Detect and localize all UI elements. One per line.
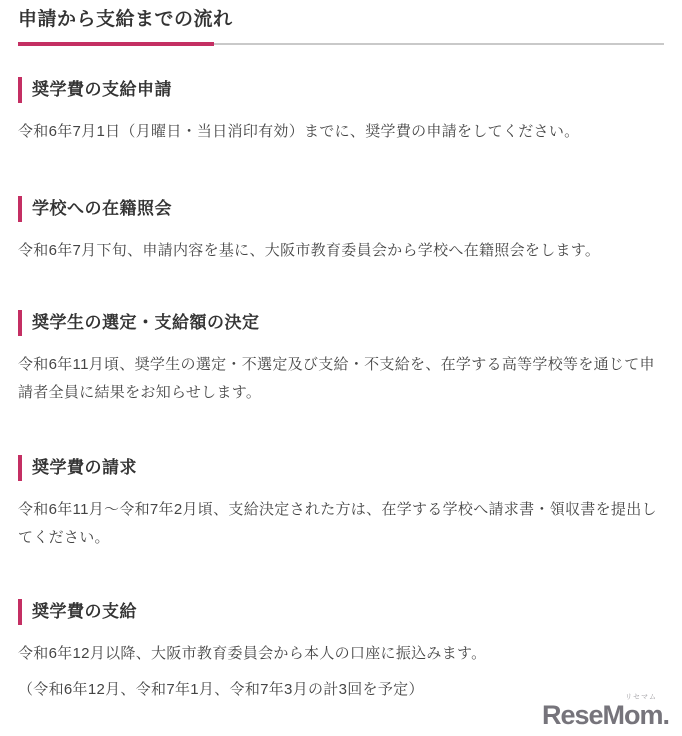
section-body: 令和6年11月頃、奨学生の選定・不選定及び支給・不支給を、在学する高等学校等を通…	[18, 351, 664, 407]
article-page: 申請から支給までの流れ 奨学費の支給申請 令和6年7月1日（月曜日・当日消印有効…	[0, 0, 682, 736]
page-title: 申請から支給までの流れ	[18, 8, 664, 31]
section-heading: 奨学費の支給	[18, 599, 664, 625]
title-underline-accent	[18, 42, 214, 46]
section-selection-decision: 奨学生の選定・支給額の決定 令和6年11月頃、奨学生の選定・不選定及び支給・不支…	[18, 310, 664, 407]
section-claim: 奨学費の請求 令和6年11月～令和7年2月頃、支給決定された方は、在学する学校へ…	[18, 455, 664, 552]
section-enrollment-inquiry: 学校への在籍照会 令和6年7月下旬、申請内容を基に、大阪市教育委員会から学校へ在…	[18, 196, 664, 265]
section-body: 令和6年11月～令和7年2月頃、支給決定された方は、在学する学校へ請求書・領収書…	[18, 496, 664, 552]
resemom-logo: リセマム ReseMom.	[542, 694, 669, 729]
section-body: 令和6年7月1日（月曜日・当日消印有効）までに、奨学費の申請をしてください。	[18, 118, 664, 146]
section-payment: 奨学費の支給 令和6年12月以降、大阪市教育委員会から本人の口座に振込みます。 …	[18, 599, 664, 704]
section-heading: 奨学生の選定・支給額の決定	[18, 310, 664, 336]
section-application: 奨学費の支給申請 令和6年7月1日（月曜日・当日消印有効）までに、奨学費の申請を…	[18, 77, 664, 146]
section-heading: 奨学費の支給申請	[18, 77, 664, 103]
section-body: 令和6年7月下旬、申請内容を基に、大阪市教育委員会から学校へ在籍照会をします。	[18, 237, 664, 265]
title-underline	[18, 42, 664, 46]
section-heading: 学校への在籍照会	[18, 196, 664, 222]
section-heading: 奨学費の請求	[18, 455, 664, 481]
resemom-logo-text: ReseMom.	[542, 700, 669, 730]
section-body: 令和6年12月以降、大阪市教育委員会から本人の口座に振込みます。	[18, 640, 664, 668]
